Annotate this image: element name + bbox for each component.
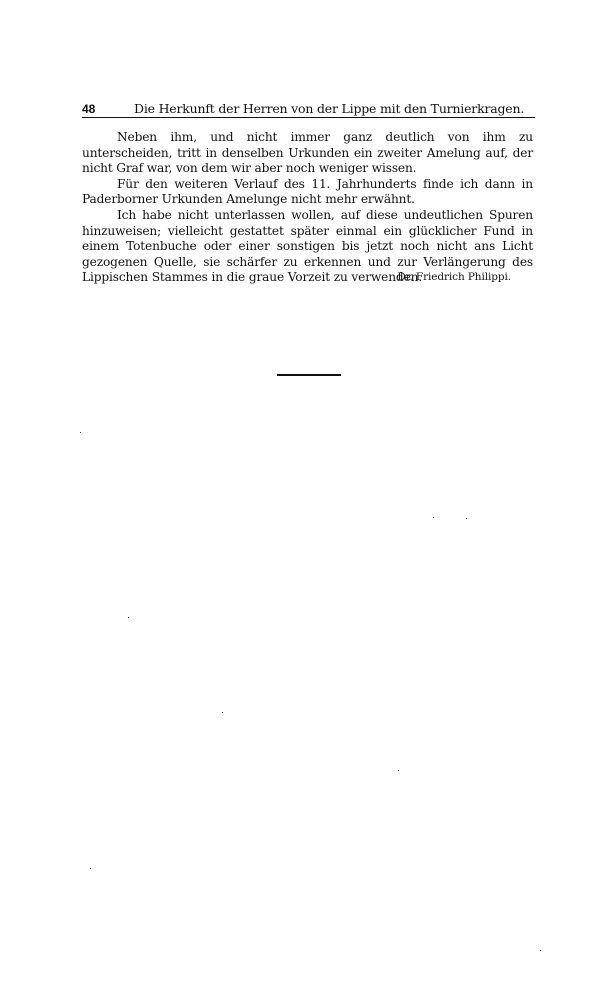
scan-speck xyxy=(466,518,467,519)
scan-speck xyxy=(90,868,91,869)
scan-speck xyxy=(398,770,399,771)
scan-speck xyxy=(433,517,434,518)
author-signature: Dr. Friedrich Philippi. xyxy=(362,270,511,286)
scan-speck xyxy=(540,950,541,951)
page-number: 48 xyxy=(82,101,95,117)
running-title: Die Herkunft der Herren von der Lippe mi… xyxy=(134,101,524,117)
article-body: Neben ihm, und nicht immer ganz deutlich… xyxy=(82,130,533,286)
paragraph: Für den weiteren Verlauf des 11. Jahrhun… xyxy=(82,177,533,208)
scan-speck xyxy=(80,432,81,433)
paragraph: Neben ihm, und nicht immer ganz deutlich… xyxy=(82,130,533,177)
paragraph-with-signature: Ich habe nicht unterlassen wollen, auf d… xyxy=(82,208,533,286)
header-rule xyxy=(82,117,535,118)
scan-speck xyxy=(222,712,223,713)
section-end-rule xyxy=(277,374,341,376)
scan-speck xyxy=(128,617,129,618)
running-header: 48 Die Herkunft der Herren von der Lippe… xyxy=(82,101,535,117)
